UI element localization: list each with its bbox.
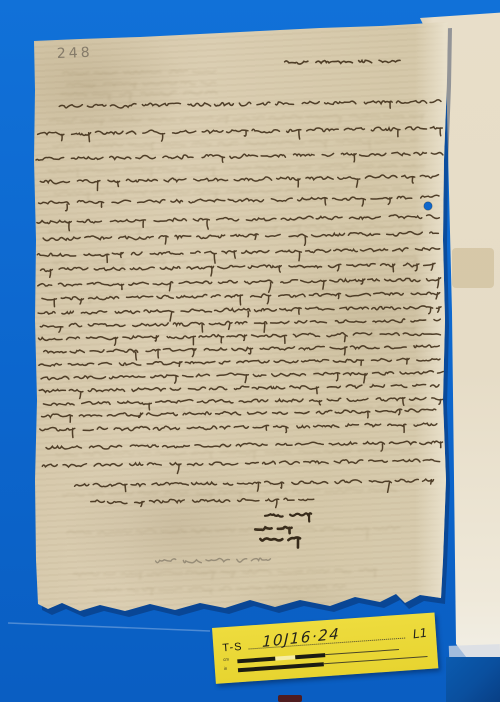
table-edge-sliver: [278, 695, 302, 702]
scale-unit-labels: cm in: [223, 657, 238, 673]
sleeve-edge-line: [8, 623, 210, 631]
label-prefix: T-S: [222, 641, 243, 654]
unit-cm: cm: [223, 658, 231, 662]
leaf-number: L1: [412, 626, 428, 642]
unit-in: in: [224, 667, 232, 671]
corner-shadow: [446, 657, 500, 702]
classmark-label: T-S 10J16·24 L1 cm in: [212, 612, 438, 683]
classmark-dotted-line: 10J16·24: [247, 620, 404, 650]
classmark-text: 10J16·24: [262, 625, 341, 651]
